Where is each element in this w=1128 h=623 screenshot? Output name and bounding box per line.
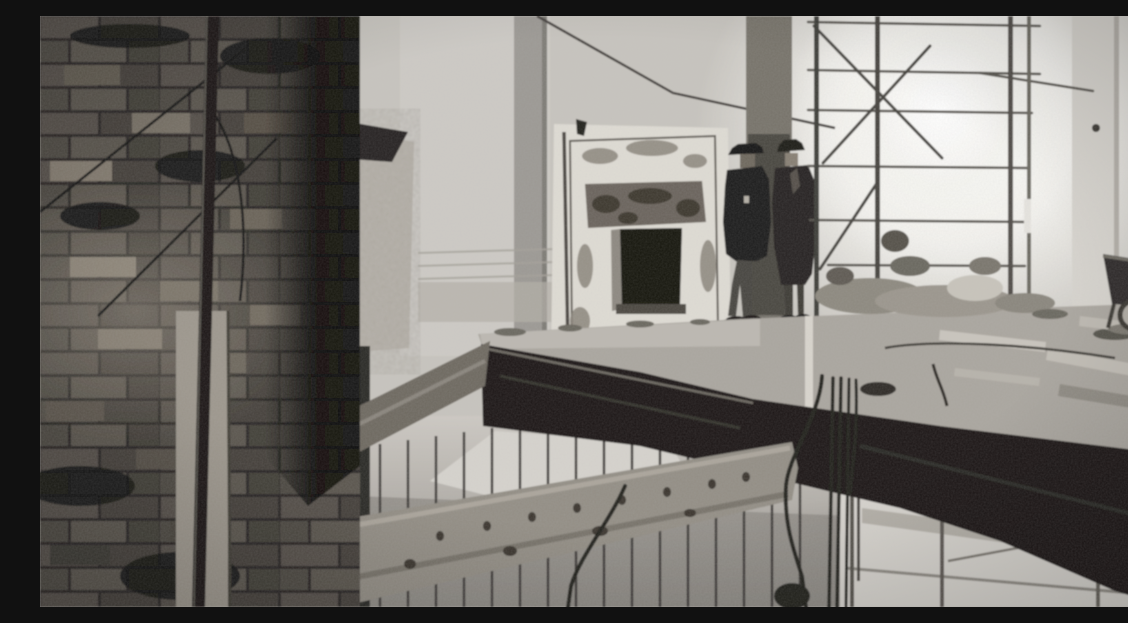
photo-canvas: Black-and-white photograph of a gutted r…	[40, 16, 1128, 607]
photograph: Black-and-white photograph of a gutted r…	[40, 16, 1128, 607]
film-grain	[40, 16, 1128, 607]
